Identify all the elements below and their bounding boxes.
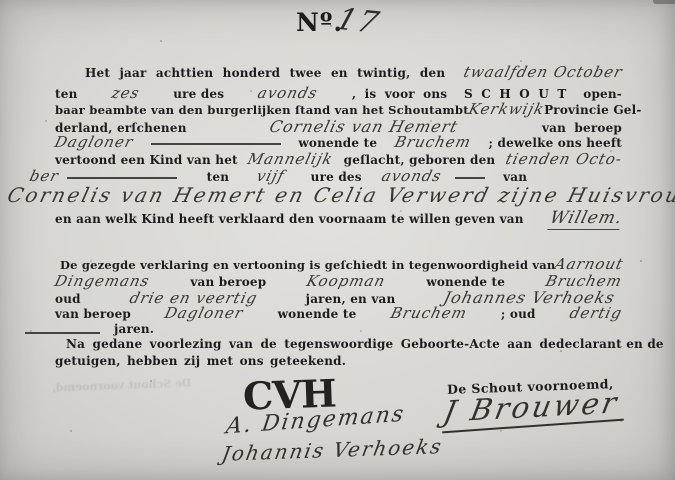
printed-text: De gezegde verklaring en vertooning is g… <box>60 258 555 272</box>
printed-text: van beroep <box>190 275 266 289</box>
bleed-through-text: De Schout voornoemd, <box>52 377 192 395</box>
handwritten-residence: Bruchem <box>393 133 474 151</box>
paper-speckles <box>0 0 2 2</box>
scan-edge-mark <box>653 0 675 4</box>
handwritten-district: Kerkwijk <box>467 100 547 118</box>
birth-certificate-document: Nº. 17 Het jaar achttien honderd twee en… <box>0 0 675 480</box>
printed-text: , is voor ons S C H O U T open- <box>352 87 622 101</box>
handwritten-parents-names: Cornelis van Hemert en Celia Verwerd zij… <box>5 183 675 207</box>
body-line-9: en aan welk Kind heeft verklaard den voo… <box>55 208 622 226</box>
printed-text: ten <box>207 170 230 184</box>
handwritten-date: twaalfden October <box>461 63 624 81</box>
handwritten-witness1-firstname: Aarnout <box>553 255 626 273</box>
fill-dash <box>455 177 485 179</box>
printed-text: wonende te <box>278 307 357 321</box>
body-line-15: Na gedane voorlezing van de tegenswoordi… <box>66 337 622 355</box>
printed-text: ure des <box>311 170 362 184</box>
printed-text: ten <box>55 87 78 101</box>
printed-text: wonende te <box>426 275 505 289</box>
body-line-8: Cornelis van Hemert en Celia Verwerd zij… <box>8 183 675 207</box>
body-line-10: De gezegde verklaring en vertooning is g… <box>60 255 622 273</box>
handwritten-child-name: Willem. <box>547 208 625 230</box>
fill-dash <box>151 143 281 145</box>
printed-text: jaren. <box>114 322 154 336</box>
body-line-13: van beroep Dagloner wonende te Bruchem ;… <box>55 304 622 322</box>
printed-text: vertoond een Kind van het <box>55 153 238 167</box>
printed-text: van beroep <box>55 307 131 321</box>
fill-dash <box>25 332 100 334</box>
printed-text: wonende te <box>298 136 377 150</box>
body-line-1: Het jaar achttien honderd twee en twinti… <box>85 63 622 81</box>
witness2-signature: Johannis Verhoeks <box>220 434 445 466</box>
handwritten-occupation: Dagloner <box>53 133 136 151</box>
printed-text: Provincie Gel- <box>544 103 642 117</box>
printed-text: baar beambte van den burgerlijken ſtand … <box>55 103 469 117</box>
handwritten-witness2-age: dertig <box>568 304 625 322</box>
fill-dash <box>67 177 177 179</box>
printed-text: declarant en de <box>556 337 664 351</box>
body-line-3: baar beambte van den burgerlijken ſtand … <box>55 100 622 118</box>
body-line-6: vertoond een Kind van het Mannelijk geſl… <box>55 150 622 168</box>
printed-text: ; dewelke ons heeft <box>489 136 622 150</box>
printed-text: Na gedane voorlezing van de tegenswoordi… <box>66 337 556 351</box>
body-line-16: getuigen, hebben zij met ons geteekend. <box>55 354 346 372</box>
printed-text: en aan welk Kind heeft verklaard den voo… <box>55 212 524 226</box>
printed-text: getuigen, hebben zij met ons geteekend. <box>55 354 346 368</box>
handwritten-witness2-occupation: Dagloner <box>163 304 246 322</box>
handwritten-birthdate: tienden Octo- <box>504 150 625 168</box>
printed-text: ; oud <box>501 307 536 321</box>
handwritten-gender: Mannelijk <box>246 150 335 168</box>
printed-text: Het jaar achttien honderd twee en twinti… <box>85 66 445 80</box>
printed-text: van <box>503 170 527 184</box>
printed-text: geſlacht, geboren den <box>344 153 496 167</box>
body-line-5: Dagloner wonende te Bruchem ; dewelke on… <box>55 133 622 151</box>
printed-text: ure des <box>173 87 224 101</box>
act-number-value: 17 <box>332 2 385 40</box>
handwritten-witness2-residence: Bruchem <box>388 304 469 322</box>
